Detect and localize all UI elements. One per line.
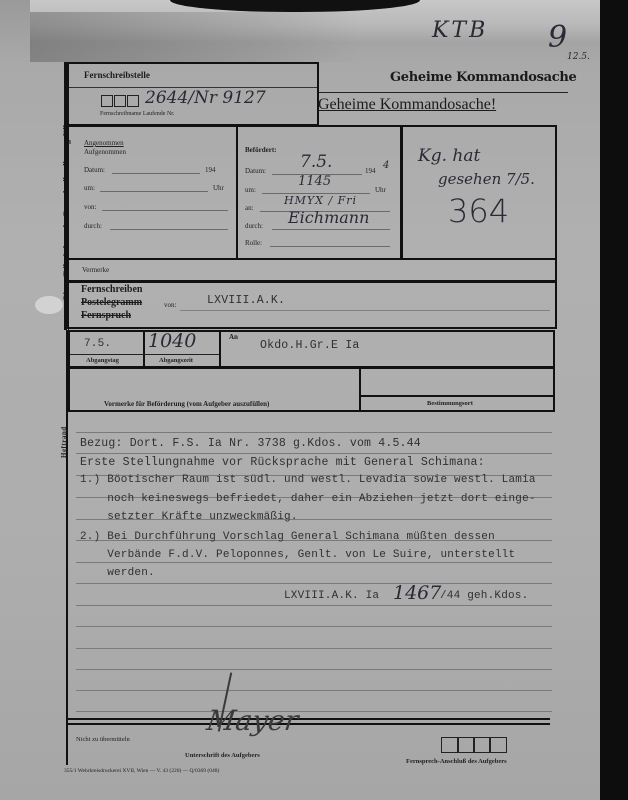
ruled-line bbox=[76, 669, 552, 670]
body-line-8: werden. bbox=[80, 567, 155, 579]
fernschreibstelle-label: Fernschreibstelle bbox=[84, 70, 150, 80]
body-line-1: Bezug: Dort. F.S. Ia Nr. 3738 g.Kdos. vo… bbox=[80, 437, 421, 450]
divider bbox=[236, 127, 238, 258]
classification-printed: Geheime Kommandosache bbox=[390, 70, 577, 85]
divider bbox=[400, 127, 403, 258]
vormerke-befoerderung-label: Vormerke für Beförderung (vom Aufgeber a… bbox=[104, 400, 269, 408]
abgangstag-value: 7.5. bbox=[84, 338, 111, 350]
laufende-nr-label: Fernschreibname Laufende Nr. bbox=[100, 111, 174, 117]
befoerdert-uhr-label: Uhr bbox=[375, 186, 386, 194]
ruled-line bbox=[76, 648, 552, 649]
printer-line: 355/1 Wehrkreisdruckerei XVII, Wien — V.… bbox=[64, 768, 219, 774]
type-postelegramm: Postelegramm bbox=[81, 297, 142, 308]
befoerdert-um-label: um: bbox=[245, 186, 256, 194]
digit-box bbox=[101, 95, 113, 107]
an-value: Okdo.H.Gr.E Ia bbox=[260, 339, 359, 352]
reference-prefix: LXVIII.A.K. Ia bbox=[284, 590, 379, 602]
body-line-4: noch keineswegs befriedet, daher ein Abz… bbox=[80, 493, 536, 505]
classification-stamp: Geheime Kommandosache! bbox=[318, 96, 496, 114]
befoerdert-durch-value: Eichmann bbox=[288, 208, 369, 227]
angenommen-um-field[interactable] bbox=[100, 191, 208, 192]
befoerdert-um-value: 1145 bbox=[298, 174, 331, 189]
befoerdert-an-label: an: bbox=[245, 204, 254, 212]
laufende-nr-value: 2644/Nr 9127 bbox=[145, 88, 266, 108]
bestimmungsort-label: Bestimmungsort bbox=[427, 400, 473, 407]
vermerke-row bbox=[67, 258, 557, 282]
befoerdert-durch-field[interactable] bbox=[272, 229, 390, 230]
note-line1: Kg. hat bbox=[418, 146, 480, 166]
befoerdert-year-label: 194 bbox=[365, 167, 376, 175]
angenommen-datum-field[interactable] bbox=[112, 173, 200, 174]
footer-rule-top bbox=[67, 718, 550, 720]
page-date-annotation: 12.5. bbox=[567, 52, 590, 62]
ruled-line bbox=[76, 626, 552, 627]
ruled-line bbox=[76, 605, 552, 606]
von-label: von: bbox=[164, 301, 176, 309]
footer-rule-bottom bbox=[67, 723, 550, 725]
reference-number: 1467 bbox=[393, 582, 441, 604]
divider bbox=[143, 331, 145, 367]
befoerdert-datum-label: Datum: bbox=[245, 167, 266, 175]
ruled-line bbox=[76, 562, 552, 563]
befoerdert-durch-label: durch: bbox=[245, 222, 263, 230]
angenommen-datum-label: Datum: bbox=[84, 166, 105, 174]
angenommen-von-field[interactable] bbox=[102, 210, 228, 211]
digit-box bbox=[127, 95, 139, 107]
fernsprech-label: Fernsprech-Anschluß des Aufgebers bbox=[406, 758, 507, 765]
nicht-uebermitteln-label: Nicht zu übermitteln bbox=[76, 736, 130, 743]
abgangszeit-value: 1040 bbox=[148, 330, 196, 352]
angenommen-von-label: von: bbox=[84, 203, 96, 211]
befoerdert-datum-value: 7.5. bbox=[300, 152, 332, 172]
ruled-line bbox=[76, 711, 552, 712]
von-value: LXVIII.A.K. bbox=[207, 294, 285, 307]
abgangszeit-label: Abgangszeit bbox=[159, 357, 193, 364]
angenommen-durch-label: durch: bbox=[84, 222, 102, 230]
von-field-line bbox=[180, 310, 550, 311]
reference-suffix: /44 geh.Kdos. bbox=[440, 590, 528, 602]
fernsprech-boxes bbox=[441, 737, 508, 758]
body-line-7: Verbände F.d.V. Peloponnes, Genlt. von L… bbox=[80, 549, 515, 561]
angenommen-year-label: 194 bbox=[205, 166, 216, 174]
divider bbox=[359, 368, 361, 411]
shadow bbox=[30, 12, 360, 62]
punch-hole bbox=[35, 296, 63, 314]
aufgenommen-title: Aufgenommen bbox=[84, 148, 126, 156]
vermerke-label: Vermerke bbox=[82, 266, 109, 274]
befoerdert-rolle-field[interactable] bbox=[270, 246, 390, 247]
unterschrift-label: Unterschrift des Aufgebers bbox=[185, 752, 260, 759]
angenommen-um-label: um: bbox=[84, 184, 95, 192]
abgangstag-label: Abgangstag bbox=[86, 357, 119, 364]
angenommen-title: Angenommen bbox=[84, 139, 124, 147]
divider bbox=[361, 395, 554, 397]
angenommen-durch-field[interactable] bbox=[110, 229, 228, 230]
type-fernspruch: Fernspruch bbox=[81, 310, 131, 321]
body-line-6: 2.) Bei Durchführung Vorschlag General S… bbox=[80, 531, 495, 543]
ruled-line bbox=[76, 690, 552, 691]
digit-box bbox=[489, 737, 507, 753]
befoerdert-year-digit: 4 bbox=[383, 160, 389, 171]
befoerdert-rolle-label: Rolle: bbox=[245, 239, 262, 247]
note-line2: gesehen 7/5. bbox=[438, 170, 535, 188]
body-line-5: setzter Kräfte unzweckmäßig. bbox=[80, 511, 298, 523]
scan-border bbox=[600, 0, 628, 800]
type-fernschreiben: Fernschreiben bbox=[81, 284, 142, 295]
divider bbox=[318, 92, 568, 93]
note-number: 364 bbox=[448, 192, 509, 230]
ruled-line bbox=[76, 432, 552, 433]
an-label: An bbox=[229, 333, 238, 341]
digit-box bbox=[114, 95, 126, 107]
ruled-line bbox=[76, 453, 552, 454]
befoerdert-title: Befördert: bbox=[245, 146, 276, 154]
angenommen-uhr-label: Uhr bbox=[213, 184, 224, 192]
body-line-2: Erste Stellungnahme vor Rücksprache mit … bbox=[80, 456, 485, 469]
divider bbox=[70, 354, 219, 355]
fernschreibname-boxes bbox=[101, 94, 140, 112]
befoerdert-an-value: HMYX / Fri bbox=[284, 194, 357, 207]
page-number-annotation: 9 bbox=[548, 20, 567, 55]
ruled-line bbox=[76, 583, 552, 584]
ktb-annotation: KTB bbox=[432, 18, 488, 43]
body-line-3: 1.) Böotischer Raum ist südl. und westl.… bbox=[80, 474, 536, 486]
divider bbox=[219, 331, 221, 367]
